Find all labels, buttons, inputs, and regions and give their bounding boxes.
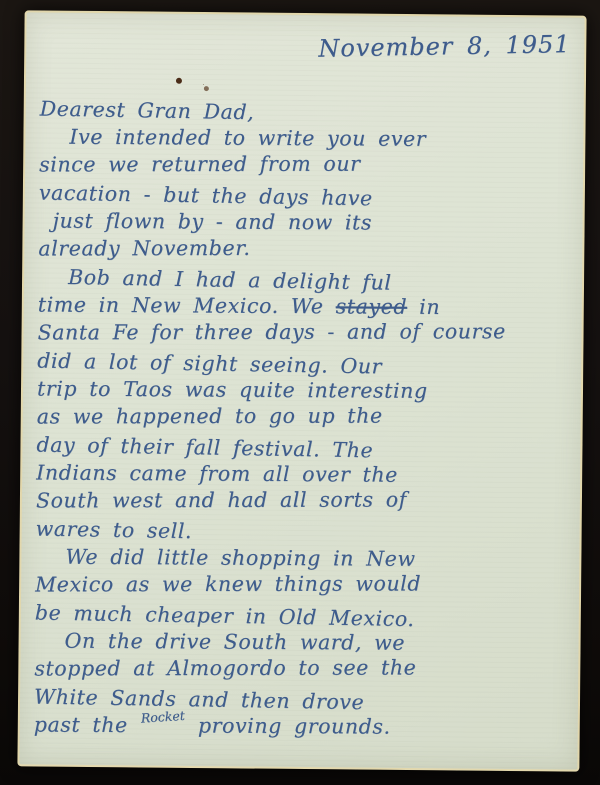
letter-date: November 8, 1951	[318, 30, 571, 63]
paper-speck	[204, 86, 209, 91]
inserted-word: Rocket	[140, 702, 186, 733]
line-text: past the	[34, 712, 128, 737]
letter-paper: November 8, 1951 Dearest Gran Dad, Ive i…	[17, 10, 586, 771]
photo-background: November 8, 1951 Dearest Gran Dad, Ive i…	[0, 0, 600, 785]
letter-line: South west and had all sorts of	[36, 485, 576, 514]
paper-speck	[176, 78, 182, 84]
line-text: in	[407, 295, 440, 319]
letter-line: since we returned from our	[39, 149, 579, 178]
letter-line: already November.	[38, 233, 578, 262]
letter-line: Mexico as we knew things would	[35, 569, 575, 598]
letter-line: Santa Fe for three days - and of course	[38, 317, 578, 346]
line-text: proving grounds.	[198, 713, 391, 738]
struck-word: stayed	[336, 294, 408, 318]
letter-body: Dearest Gran Dad, Ive intended to write …	[34, 94, 580, 746]
letter-line: stopped at Almogordo to see the	[34, 653, 574, 682]
letter-line-with-insertion: past the Rocket proving grounds.	[34, 710, 574, 744]
line-text: time in New Mexico. We	[38, 292, 336, 318]
letter-line: as we happened to go up the	[37, 401, 577, 430]
